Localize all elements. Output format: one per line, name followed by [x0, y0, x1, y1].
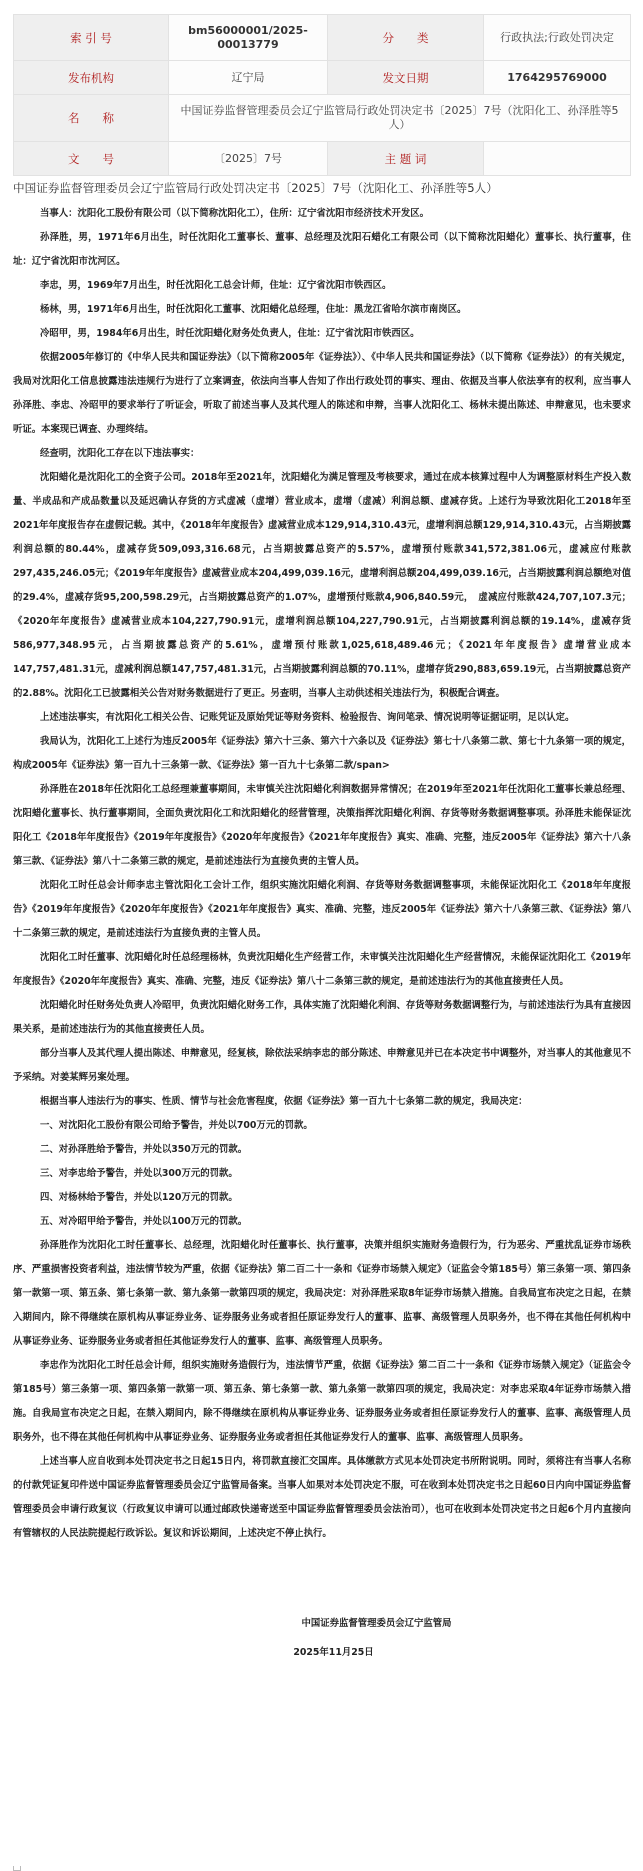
penalty-item-4: 四、对杨林给予警告，并处以120万元的罚款。: [13, 1186, 631, 1210]
signature-date: 2025年11月25日: [12, 1644, 643, 1658]
value-name: 中国证券监督管理委员会辽宁监管局行政处罚决定书〔2025〕7号（沈阳化工、孙泽胜…: [169, 95, 631, 142]
label-issue-date: 发文日期: [328, 61, 484, 95]
document-title: 中国证券监督管理委员会辽宁监管局行政处罚决定书〔2025〕7号（沈阳化工、孙泽胜…: [13, 181, 633, 196]
paragraph-evidence: 上述违法事实，有沈阳化工相关公告、记账凭证及原始凭证等财务资料、检验报告、询问笔…: [13, 706, 631, 730]
paragraph-findings-intro: 经查明，沈阳化工存在以下违法事实：: [13, 442, 631, 466]
penalty-item-5: 五、对冷昭甲给予警告，并处以100万元的罚款。: [13, 1210, 631, 1234]
paragraph-liability-leng: 沈阳蜡化时任财务处负责人冷昭甲，负责沈阳蜡化财务工作，具体实施了沈阳蜡化利润、存…: [13, 994, 631, 1042]
label-doc-number: 文 号: [14, 142, 169, 176]
paragraph-party-li: 李忠，男，1969年7月出生，时任沈阳化工总会计师，住址：辽宁省沈阳市铁西区。: [13, 274, 631, 298]
paragraph-legal-basis: 依据2005年修订的《中华人民共和国证券法》（以下简称2005年《证券法》）、《…: [13, 346, 631, 442]
label-category: 分 类: [328, 15, 484, 61]
paragraph-defense-review: 部分当事人及其代理人提出陈述、申辩意见，经复核，除依法采纳李忠的部分陈述、申辩意…: [13, 1042, 631, 1090]
paragraph-liability-li: 沈阳化工时任总会计师李忠主管沈阳化工会计工作，组织实施沈阳蜡化利润、存货等财务数…: [13, 874, 631, 946]
metadata-row-publisher: 发布机构 辽宁局 发文日期 1764295769000: [14, 61, 631, 95]
value-publisher: 辽宁局: [169, 61, 328, 95]
paragraph-ban-li: 李忠作为沈阳化工时任总会计师，组织实施财务造假行为，违法情节严重，依据《证券法》…: [13, 1354, 631, 1450]
value-doc-number: 〔2025〕7号: [169, 142, 328, 176]
broken-image-icon: [13, 1866, 21, 1871]
paragraph-liability-sun: 孙泽胜在2018年任沈阳化工总经理兼董事期间，未审慎关注沈阳蜡化利润数据异常情况…: [13, 778, 631, 874]
penalty-item-1: 一、对沈阳化工股份有限公司给予警告，并处以700万元的罚款。: [13, 1114, 631, 1138]
metadata-table: 索 引 号 bm56000001/2025-00013779 分 类 行政执法;…: [13, 14, 631, 176]
paragraph-party-sun: 孙泽胜，男，1971年6月出生，时任沈阳化工董事长、董事、总经理及沈阳石蜡化工有…: [13, 226, 631, 274]
metadata-row-name: 名 称 中国证券监督管理委员会辽宁监管局行政处罚决定书〔2025〕7号（沈阳化工…: [14, 95, 631, 142]
paragraph-party-yang: 杨林，男，1971年6月出生，时任沈阳化工董事、沈阳蜡化总经理，住址：黑龙江省哈…: [13, 298, 631, 322]
penalty-item-2: 二、对孙泽胜给予警告，并处以350万元的罚款。: [13, 1138, 631, 1162]
paragraph-decision-basis: 根据当事人违法行为的事实、性质、情节与社会危害程度，依据《证券法》第一百九十七条…: [13, 1090, 631, 1114]
label-index-number: 索 引 号: [14, 15, 169, 61]
paragraph-liability-yang: 沈阳化工时任董事、沈阳蜡化时任总经理杨林，负责沈阳蜡化生产经营工作，未审慎关注沈…: [13, 946, 631, 994]
value-index-number: bm56000001/2025-00013779: [169, 15, 328, 61]
penalty-item-3: 三、对李忠给予警告，并处以300万元的罚款。: [13, 1162, 631, 1186]
paragraph-payment-appeal: 上述当事人应自收到本处罚决定书之日起15日内，将罚款直接汇交国库。具体缴款方式见…: [13, 1450, 631, 1546]
document-body: 当事人：沈阳化工股份有限公司（以下简称沈阳化工），住所：辽宁省沈阳市经济技术开发…: [13, 202, 631, 1546]
label-name: 名 称: [14, 95, 169, 142]
paragraph-party-company: 当事人：沈阳化工股份有限公司（以下简称沈阳化工），住所：辽宁省沈阳市经济技术开发…: [13, 202, 631, 226]
value-keywords: [484, 142, 631, 176]
metadata-row-doc-number: 文 号 〔2025〕7号 主 题 词: [14, 142, 631, 176]
paragraph-ban-sun: 孙泽胜作为沈阳化工时任董事长、总经理，沈阳蜡化时任董事长、执行董事，决策并组织实…: [13, 1234, 631, 1354]
label-keywords: 主 题 词: [328, 142, 484, 176]
paragraph-party-leng: 冷昭甲，男，1984年6月出生，时任沈阳蜡化财务处负责人，住址：辽宁省沈阳市铁西…: [13, 322, 631, 346]
value-issue-date: 1764295769000: [484, 61, 631, 95]
paragraph-violation: 我局认为，沈阳化工上述行为违反2005年《证券法》第六十三条、第六十六条以及《证…: [13, 730, 631, 778]
signature-organization: 中国证券监督管理委员会辽宁监管局: [55, 1615, 643, 1629]
paragraph-findings-detail: 沈阳蜡化是沈阳化工的全资子公司。2018年至2021年，沈阳蜡化为满足管理及考核…: [13, 466, 631, 706]
label-publisher: 发布机构: [14, 61, 169, 95]
metadata-row-index: 索 引 号 bm56000001/2025-00013779 分 类 行政执法;…: [14, 15, 631, 61]
value-category: 行政执法;行政处罚决定: [484, 15, 631, 61]
